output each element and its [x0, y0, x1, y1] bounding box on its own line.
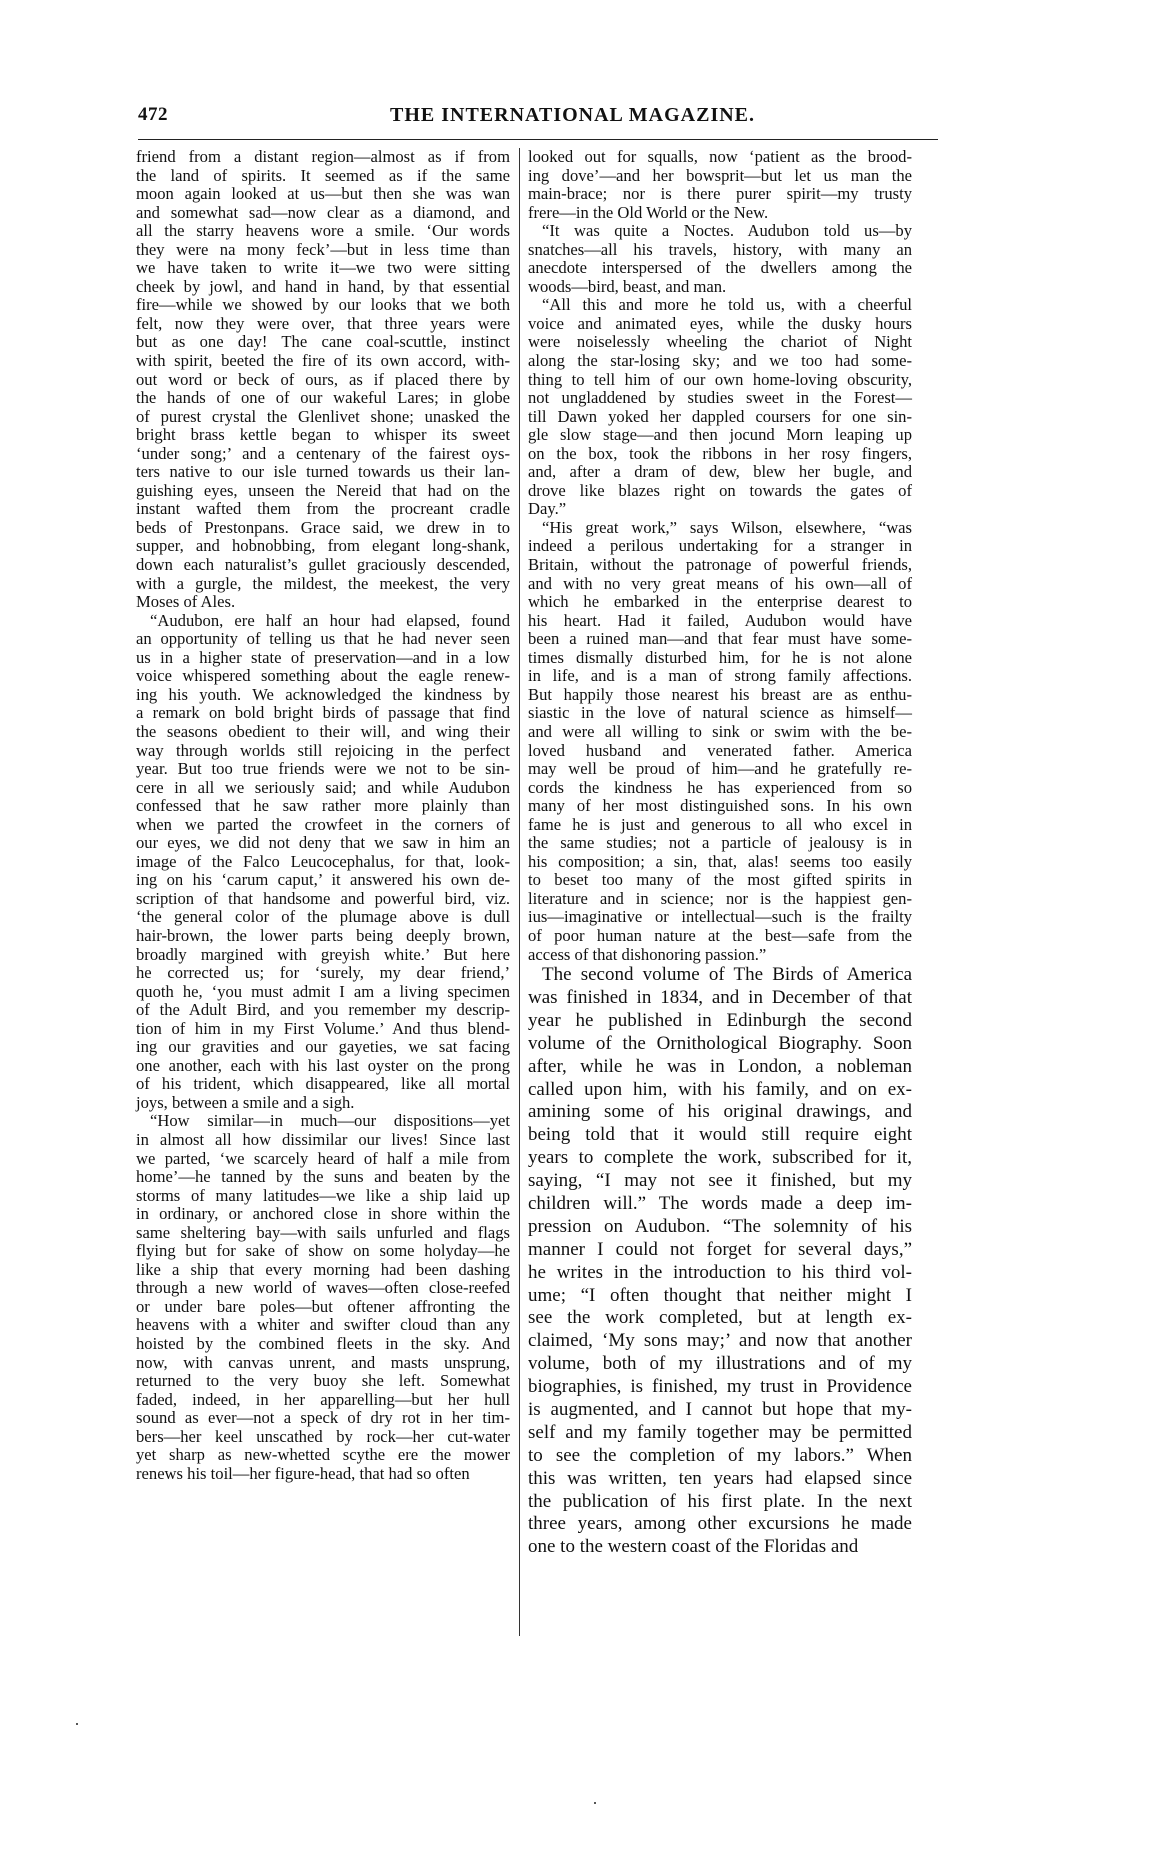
text-line: sound as ever—not a speck of dry rot in …: [136, 1409, 510, 1428]
text-line: his composition; a sin, that, alas! seem…: [528, 853, 912, 872]
text-line: “How similar—in much—our dispositions—ye…: [136, 1112, 510, 1131]
text-line: called upon him, with his family, and on…: [528, 1079, 912, 1102]
page-header: 472 THE INTERNATIONAL MAGAZINE.: [138, 104, 930, 138]
text-line: with a gurgle, the mildest, the meekest,…: [136, 575, 510, 594]
text-line: was finished in 1834, and in December of…: [528, 987, 912, 1010]
text-line: The second volume of The Birds of Americ…: [528, 964, 912, 987]
paragraph: looked out for squalls, now ‘patient as …: [528, 148, 912, 222]
magazine-page: 472 THE INTERNATIONAL MAGAZINE. friend f…: [0, 0, 1176, 1850]
text-line: the seasons obedient to their will, and …: [136, 723, 510, 742]
column-divider: [519, 148, 520, 1636]
text-line: main-brace; nor is there purer spirit—my…: [528, 185, 912, 204]
text-line: confessed that he saw rather more plainl…: [136, 797, 510, 816]
text-line: loved husband and venerated father. Amer…: [528, 742, 912, 761]
text-line: this was written, ten years had elapsed …: [528, 1468, 912, 1491]
text-line: three years, among other excursions he m…: [528, 1513, 912, 1536]
paragraph: “All this and more he told us, with a ch…: [528, 296, 912, 519]
text-line: ing dove’—and her bowsprit—but let us ma…: [528, 167, 912, 186]
text-line: volume of the Ornithological Biography. …: [528, 1033, 912, 1056]
text-line: been a ruined man—and that fear must hav…: [528, 630, 912, 649]
text-line: joys, between a smile and a sigh.: [136, 1094, 510, 1113]
text-line: year he published in Edinburgh the secon…: [528, 1010, 912, 1033]
text-line: they were na mony feck’—but in less time…: [136, 241, 510, 260]
text-line: our eyes, we did not deny that we saw in…: [136, 834, 510, 853]
paragraph: friend from a distant region—almost as i…: [136, 148, 510, 612]
text-line: bright brass kettle began to whisper its…: [136, 426, 510, 445]
text-line: not ungladdened by studies sweet in the …: [528, 389, 912, 408]
text-line: ters native to our isle turned towards u…: [136, 463, 510, 482]
header-rule: [138, 139, 938, 140]
scan-speck: [594, 1802, 596, 1804]
paragraph: “How similar—in much—our dispositions—ye…: [136, 1112, 510, 1483]
text-line: in life, and is a man of strong family a…: [528, 667, 912, 686]
right-column: looked out for squalls, now ‘patient as …: [528, 148, 912, 1559]
text-line: of poor human nature at the best—safe fr…: [528, 927, 912, 946]
text-line: snatches—all his travels, history, with …: [528, 241, 912, 260]
text-line: like a ship that every morning had been …: [136, 1261, 510, 1280]
text-line: ing our gravities and our gayeties, we s…: [136, 1038, 510, 1057]
text-line: same sheltering bay—with sails unfurled …: [136, 1224, 510, 1243]
text-line: children will.” The words made a deep im…: [528, 1193, 912, 1216]
text-line: see the work completed, but at length ex…: [528, 1307, 912, 1330]
text-line: storms of many latitudes—we like a ship …: [136, 1187, 510, 1206]
text-line: “His great work,” says Wilson, elsewhere…: [528, 519, 912, 538]
text-line: one another, each with his last oyster o…: [136, 1057, 510, 1076]
text-line: and, after a dram of dew, blew her bugle…: [528, 463, 912, 482]
text-line: “Audubon, ere half an hour had elapsed, …: [136, 612, 510, 631]
text-line: voice whispered something about the eagl…: [136, 667, 510, 686]
text-line: us in a higher state of preservation—and…: [136, 649, 510, 668]
scan-speck: [76, 1723, 78, 1725]
text-line: moon again looked at us—but then she was…: [136, 185, 510, 204]
text-line: Moses of Ales.: [136, 593, 510, 612]
text-line: ing on his ‘carum caput,’ it answered hi…: [136, 871, 510, 890]
text-line: ume; “I often thought that neither might…: [528, 1285, 912, 1308]
left-column: friend from a distant region—almost as i…: [136, 148, 510, 1483]
text-line: amining some of his original drawings, a…: [528, 1101, 912, 1124]
text-line: out word or beck of ours, as if placed t…: [136, 371, 510, 390]
text-line: yet sharp as new-whetted scythe ere the …: [136, 1446, 510, 1465]
text-line: he corrected us; for ‘surely, my dear fr…: [136, 964, 510, 983]
text-line: hair-brown, the lower parts being deeply…: [136, 927, 510, 946]
text-line: siastic in the love of natural science a…: [528, 704, 912, 723]
text-line: self and my family together may be permi…: [528, 1422, 912, 1445]
text-line: ing his youth. We acknowledged the kindn…: [136, 686, 510, 705]
text-line: “It was quite a Noctes. Audubon told us—…: [528, 222, 912, 241]
text-line: which he embarked in the enterprise dear…: [528, 593, 912, 612]
text-line: on the box, took the ribbons in her rosy…: [528, 445, 912, 464]
text-line: in ordinary, or anchored close in shore …: [136, 1205, 510, 1224]
text-line: to see the completion of my labors.” Whe…: [528, 1445, 912, 1468]
text-line: quoth he, ‘you must admit I am a living …: [136, 983, 510, 1002]
text-line: fire—while we showed by our looks that w…: [136, 296, 510, 315]
text-line: the same studies; not a particle of jeal…: [528, 834, 912, 853]
text-line: his heart. Had it failed, Audubon would …: [528, 612, 912, 631]
text-line: guishing eyes, unseen the Nereid that ha…: [136, 482, 510, 501]
text-line: looked out for squalls, now ‘patient as …: [528, 148, 912, 167]
text-line: is augmented, and I cannot but hope that…: [528, 1399, 912, 1422]
text-line: through a new world of waves—often close…: [136, 1279, 510, 1298]
text-line: many of her most distinguished sons. In …: [528, 797, 912, 816]
text-line: being told that it would still require e…: [528, 1124, 912, 1147]
text-line: times dismally disturbed him, for he is …: [528, 649, 912, 668]
text-line: may well be proud of him—and he grateful…: [528, 760, 912, 779]
text-line: way through worlds still rejoicing in th…: [136, 742, 510, 761]
text-line: and with no very great means of his own—…: [528, 575, 912, 594]
text-line: and were all willing to sink or swim wit…: [528, 723, 912, 742]
text-line: biographies, is finished, my trust in Pr…: [528, 1376, 912, 1399]
text-line: heavens with a whiter and swifter cloud …: [136, 1316, 510, 1335]
text-line: along the star-losing sky; and we too ha…: [528, 352, 912, 371]
text-line: voice and animated eyes, while the dusky…: [528, 315, 912, 334]
text-line: manner I could not forget for several da…: [528, 1239, 912, 1262]
text-line: a remark on bold bright birds of passage…: [136, 704, 510, 723]
text-line: ‘the general color of the plumage above …: [136, 908, 510, 927]
paragraph: The second volume of The Birds of Americ…: [528, 964, 912, 1559]
text-line: saying, “I may not see it finished, but …: [528, 1170, 912, 1193]
text-line: instant wafted them from the procreant c…: [136, 500, 510, 519]
text-line: in almost all how dissimilar our lives! …: [136, 1131, 510, 1150]
text-line: indeed a perilous undertaking for a stra…: [528, 537, 912, 556]
text-line: now, with canvas unrent, and masts unspr…: [136, 1354, 510, 1373]
text-line: But happily those nearest his breast are…: [528, 686, 912, 705]
text-line: all the starry heavens wore a smile. ‘Ou…: [136, 222, 510, 241]
text-line: we parted, ‘we scarcely heard of half a …: [136, 1150, 510, 1169]
text-line: felt, now they were over, that three yea…: [136, 315, 510, 334]
text-line: of the Adult Bird, and you remember my d…: [136, 1001, 510, 1020]
running-title: THE INTERNATIONAL MAGAZINE.: [390, 104, 755, 127]
text-line: returned to the very buoy she left. Some…: [136, 1372, 510, 1391]
text-line: friend from a distant region—almost as i…: [136, 148, 510, 167]
text-line: down each naturalist’s gullet graciously…: [136, 556, 510, 575]
text-line: pression on Audubon. “The solemnity of h…: [528, 1216, 912, 1239]
text-line: drove like blazes right on towards the g…: [528, 482, 912, 501]
text-line: flying but for sake of show on some holy…: [136, 1242, 510, 1261]
text-line: Day.”: [528, 500, 912, 519]
text-line: when we parted the crowfeet in the corne…: [136, 816, 510, 835]
text-line: year. But too true friends were we not t…: [136, 760, 510, 779]
text-line: gle slow stage—and then jocund Morn leap…: [528, 426, 912, 445]
text-line: home’—he tanned by the suns and beaten b…: [136, 1168, 510, 1187]
text-line: and somewhat sad—now clear as a diamond,…: [136, 204, 510, 223]
text-line: scription of that handsome and powerful …: [136, 890, 510, 909]
text-line: bers—her keel unscathed by rock—her cut-…: [136, 1428, 510, 1447]
text-line: of purest crystal the Glenlivet shone; u…: [136, 408, 510, 427]
paragraph: “His great work,” says Wilson, elsewhere…: [528, 519, 912, 964]
text-line: years to complete the work, subscribed f…: [528, 1147, 912, 1170]
text-line: volume, both of my illustrations and of …: [528, 1353, 912, 1376]
text-line: hoisted by the combined fleets in the sk…: [136, 1335, 510, 1354]
text-line: ius—imaginative or intellectual—such is …: [528, 908, 912, 927]
page-number: 472: [138, 104, 168, 126]
text-line: access of that dishonoring passion.”: [528, 946, 912, 965]
text-line: tion of him in my First Volume.’ And thu…: [136, 1020, 510, 1039]
text-line: after, while he was in London, a noblema…: [528, 1056, 912, 1079]
text-line: with spirit, beeted the fire of its own …: [136, 352, 510, 371]
text-line: cheek by jowl, and hand in hand, by that…: [136, 278, 510, 297]
text-line: were noiselessly wheeling the chariot of…: [528, 333, 912, 352]
text-line: the publication of his first plate. In t…: [528, 1491, 912, 1514]
text-line: supper, and hobnobbing, from elegant lon…: [136, 537, 510, 556]
text-line: till Dawn yoked her dappled coursers for…: [528, 408, 912, 427]
text-line: Britain, without the patronage of powerf…: [528, 556, 912, 575]
text-line: the land of spirits. It seemed as if the…: [136, 167, 510, 186]
text-line: claimed, ‘My sons may;’ and now that ano…: [528, 1330, 912, 1353]
text-line: cords the kindness he has experienced fr…: [528, 779, 912, 798]
text-line: of his trident, which disappeared, like …: [136, 1075, 510, 1094]
text-line: faded, indeed, in her apparelling—but he…: [136, 1391, 510, 1410]
text-line: image of the Falco Leucocephalus, for th…: [136, 853, 510, 872]
text-line: woods—bird, beast, and man.: [528, 278, 912, 297]
text-line: beds of Prestonpans. Grace said, we drew…: [136, 519, 510, 538]
text-line: we have taken to write it—we two were si…: [136, 259, 510, 278]
text-line: but as one day! The cane coal-scuttle, i…: [136, 333, 510, 352]
text-line: or under bare poles—but oftener affronti…: [136, 1298, 510, 1317]
text-line: broadly margined with greyish white.’ Bu…: [136, 946, 510, 965]
text-line: he writes in the introduction to his thi…: [528, 1262, 912, 1285]
text-line: fame he is just and generous to all who …: [528, 816, 912, 835]
text-line: literature and in science; nor is the ha…: [528, 890, 912, 909]
text-line: an opportunity of telling us that he had…: [136, 630, 510, 649]
text-line: renews his toil—her figure-head, that ha…: [136, 1465, 510, 1484]
text-line: frere—in the Old World or the New.: [528, 204, 912, 223]
text-line: “All this and more he told us, with a ch…: [528, 296, 912, 315]
text-line: anecdote interspersed of the dwellers am…: [528, 259, 912, 278]
text-line: the hands of one of our wakeful Lares; i…: [136, 389, 510, 408]
text-line: cere in all we seriously said; and while…: [136, 779, 510, 798]
text-line: one to the western coast of the Floridas…: [528, 1536, 912, 1559]
paragraph: “It was quite a Noctes. Audubon told us—…: [528, 222, 912, 296]
text-line: thing to tell him of our own home-loving…: [528, 371, 912, 390]
paragraph: “Audubon, ere half an hour had elapsed, …: [136, 612, 510, 1113]
text-line: ‘under song;’ and a centenary of the fai…: [136, 445, 510, 464]
text-line: to beset too many of the most gifted spi…: [528, 871, 912, 890]
